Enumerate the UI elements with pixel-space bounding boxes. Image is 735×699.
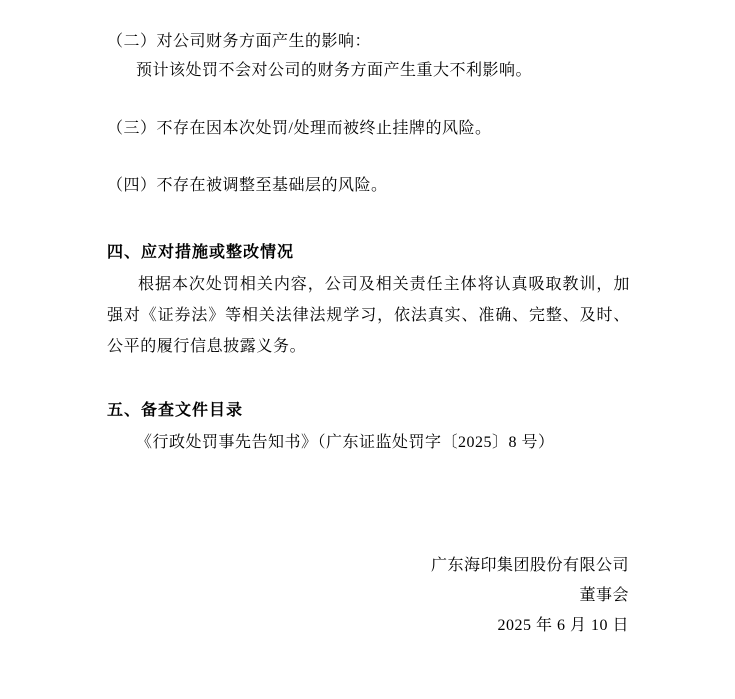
signature-block: 广东海印集团股份有限公司 董事会 2025 年 6 月 10 日 — [431, 551, 629, 641]
section-5-body: 《行政处罚事先告知书》（广东证监处罚字〔2025〕8 号） — [107, 434, 659, 452]
signature-date: 2025 年 6 月 10 日 — [431, 611, 629, 641]
item-4-heading: （四）不存在被调整至基础层的风险。 — [107, 177, 630, 195]
section-5-title: 五、备查文件目录 — [107, 402, 630, 420]
signature-signer: 董事会 — [431, 581, 629, 611]
section-4-title: 四、应对措施或整改情况 — [107, 244, 630, 262]
signature-company: 广东海印集团股份有限公司 — [431, 551, 629, 581]
item-3-heading: （三）不存在因本次处罚/处理而被终止挂牌的风险。 — [107, 120, 630, 138]
document-page: （二）对公司财务方面产生的影响： 预计该处罚不会对公司的财务方面产生重大不利影响… — [0, 0, 735, 699]
section-4-body: 根据本次处罚相关内容，公司及相关责任主体将认真吸取教训，加强对《证券法》等相关法… — [107, 269, 630, 362]
item-2-heading: （二）对公司财务方面产生的影响： — [107, 33, 630, 51]
item-2-body: 预计该处罚不会对公司的财务方面产生重大不利影响。 — [107, 62, 659, 80]
